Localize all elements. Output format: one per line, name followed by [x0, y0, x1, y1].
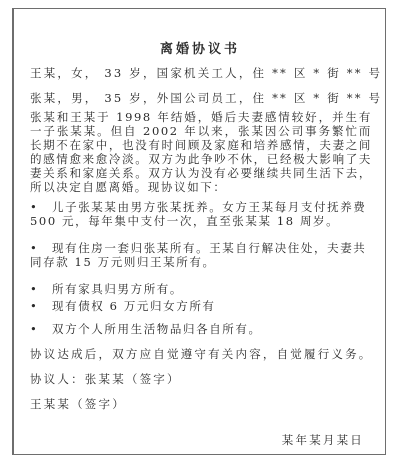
signing-date: 某年某月某日	[282, 432, 364, 448]
bullet-icon: •	[30, 282, 52, 296]
term-text: 双方个人所用生活物品归各自所有。	[52, 322, 262, 336]
term-text: 所有家具归男方所有。	[52, 282, 183, 296]
bullet-icon: •	[30, 200, 52, 214]
bullet-icon: •	[30, 322, 52, 336]
term-item: •双方个人所用生活物品归各自所有。	[30, 322, 372, 336]
term-item: •所有家具归男方所有。	[30, 282, 372, 296]
background-paragraph: 张某和王某于 1998 年结婚，婚后夫妻感情较好，并生有一子张某某。但自 200…	[30, 110, 372, 194]
term-item: •现有债权 6 万元归女方所有	[30, 299, 372, 313]
term-item: •现有住房一套归张某所有。王某自行解决住处，夫妻共同存款 15 万元则归王某所有…	[30, 241, 372, 269]
term-text: 儿子张某某由男方张某抚养。女方王某每月支付抚养费 500 元，每年集中支付一次，…	[30, 200, 366, 228]
term-item: •儿子张某某由男方张某抚养。女方王某每月支付抚养费 500 元，每年集中支付一次…	[30, 200, 372, 228]
signatory-wang: 王某某（签字）	[30, 397, 126, 411]
closing-statement: 协议达成后，双方应自觉遵守有关内容，自觉履行义务。	[30, 347, 373, 361]
term-text: 现有债权 6 万元归女方所有	[52, 299, 216, 313]
party-wang-info: 王某，女， 33 岁，国家机关工人，住 ** 区 * 街 ** 号	[30, 66, 382, 80]
party-zhang-info: 张某，男， 35 岁，外国公司员工，住 ** 区 * 街 ** 号	[30, 91, 382, 105]
term-text: 现有住房一套归张某所有。王某自行解决住处，夫妻共同存款 15 万元则归王某所有。	[30, 241, 366, 269]
bullet-icon: •	[30, 299, 52, 313]
document-title: 离婚协议书	[0, 38, 400, 57]
bullet-icon: •	[30, 241, 52, 255]
signatory-zhang: 协议人：张某某（签字）	[30, 372, 181, 386]
